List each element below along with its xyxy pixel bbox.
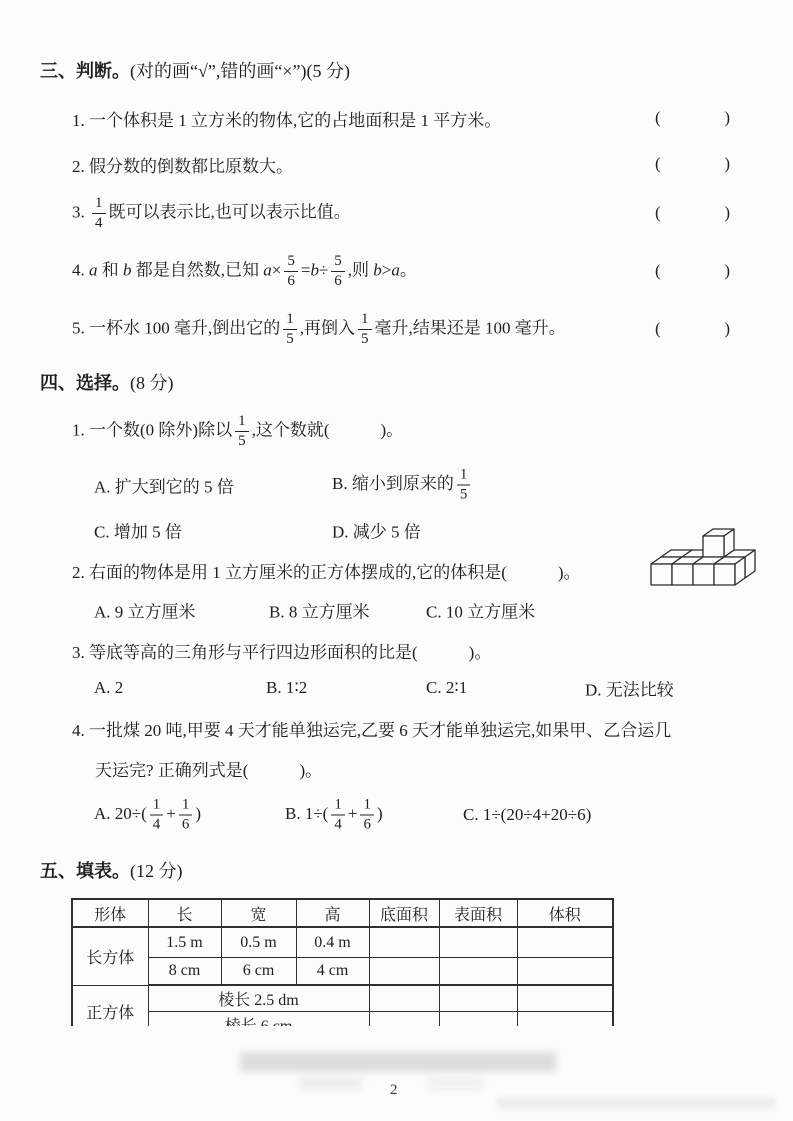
bracket-open: ( — [655, 108, 661, 128]
option-b: B. 1∶2 — [266, 678, 307, 698]
option-text-segment: B. 缩小到原来的 — [332, 474, 454, 493]
choose-question-4-options-row: A. 20÷(14+16) B. 1÷(14+16) C. 1÷(20÷4+20… — [40, 790, 730, 840]
cell-blank — [439, 958, 517, 986]
fraction: 16 — [179, 798, 193, 833]
judge-question-1: 1. 一个体积是 1 立方米的物体,它的占地面积是 1 平方米。 () — [40, 106, 730, 130]
cell-height: 4 cm — [296, 958, 369, 986]
judge-section-title: 三、判断。(对的画“√”,错的画“×”)(5 分) — [40, 58, 730, 84]
variable-b: b — [123, 260, 132, 279]
question-text-segment: 毫升,结果还是 100 毫升。 — [375, 318, 566, 337]
table-header-row: 形体 长 宽 高 底面积 表面积 体积 — [72, 899, 613, 927]
watermark-blur-spot — [300, 1077, 362, 1089]
fraction: 15 — [235, 414, 249, 449]
question-text-segment: ,这个数就( )。 — [252, 420, 404, 439]
cell-width: 6 cm — [221, 958, 296, 986]
fill-section-title-bold: 五、填表。 — [40, 861, 130, 881]
answer-brackets: () — [655, 261, 730, 281]
option-text-segment: A. 20÷( — [94, 804, 147, 823]
option-text-segment: ) — [377, 804, 383, 823]
choose-question-1-options-row-1: A. 扩大到它的 5 倍 B. 缩小到原来的15 — [40, 462, 730, 508]
bracket-close: ) — [724, 203, 730, 223]
question-text-segment: 和 — [98, 260, 124, 279]
cell-blank — [439, 927, 517, 958]
fraction-numerator: 5 — [284, 254, 298, 272]
question-number: 4. — [72, 260, 89, 279]
cell-blank — [517, 927, 613, 958]
header-surface-area: 表面积 — [439, 899, 517, 927]
choose-question-1-options-row-2: C. 增加 5 倍 D. 减少 5 倍 — [40, 518, 730, 542]
question-text: 2. 右面的物体是用 1 立方厘米的正方体摆成的,它的体积是( )。 — [72, 558, 581, 583]
option-c: C. 2∶1 — [426, 678, 467, 698]
cell-edge-length: 棱长 2.5 dm — [148, 985, 369, 1012]
cell-length: 1.5 m — [148, 927, 221, 958]
variable-a: a — [89, 260, 98, 279]
fraction: 14 — [331, 798, 345, 833]
unit-cubes-figure — [645, 526, 757, 598]
cell-blank — [369, 1012, 439, 1027]
fraction-denominator: 5 — [361, 330, 369, 347]
judge-question-3: 3. 14既可以表示比,也可以表示比值。 () — [40, 190, 730, 236]
answer-brackets: () — [655, 319, 730, 339]
choose-section-title-rest: (8 分) — [130, 373, 174, 393]
option-b: B. 缩小到原来的15 — [332, 468, 473, 503]
page-number: 2 — [390, 1082, 398, 1099]
fill-table: 形体 长 宽 高 底面积 表面积 体积 长方体 1.5 m 0.5 m 0.4 … — [71, 898, 614, 1026]
bracket-open: ( — [655, 203, 661, 223]
fraction-numerator: 1 — [235, 414, 249, 432]
question-number: 5. — [72, 318, 89, 337]
judge-question-5: 5. 一杯水 100 毫升,倒出它的15,再倒入15毫升,结果还是 100 毫升… — [40, 306, 730, 352]
question-text-segment: 都是自然数,已知 — [132, 260, 264, 279]
question-text: 3. 等底等高的三角形与平行四边形面积的比是( )。 — [72, 638, 491, 663]
cell-height: 0.4 m — [296, 927, 369, 958]
fraction-numerator: 5 — [331, 254, 345, 272]
question-text-segment: 既可以表示比,也可以表示比值。 — [109, 202, 351, 221]
option-c: C. 1÷(20÷4+20÷6) — [463, 805, 591, 825]
option-d: D. 无法比较 — [585, 676, 674, 701]
greater-than-sign: > — [382, 260, 392, 279]
fraction-denominator: 5 — [460, 486, 468, 503]
header-base-area: 底面积 — [369, 899, 439, 927]
table-row: 棱长 6 cm — [72, 1012, 613, 1027]
judge-section-title-rest: (对的画“√”,错的画“×”)(5 分) — [130, 61, 350, 81]
variable-b: b — [310, 260, 319, 279]
cell-blank — [517, 958, 613, 986]
question-text-segment: ,则 — [348, 260, 374, 279]
cell-blank — [369, 927, 439, 958]
bracket-close: ) — [724, 319, 730, 339]
choose-question-2: 2. 右面的物体是用 1 立方厘米的正方体摆成的,它的体积是( )。 — [40, 558, 730, 582]
fraction-denominator: 4 — [153, 816, 161, 833]
judge-question-4: 4. a 和 b 都是自然数,已知 a×56=b÷56,则 b>a。 () — [40, 248, 730, 294]
judge-question-2: 2. 假分数的倒数都比原数大。 () — [40, 152, 730, 176]
variable-b: b — [373, 260, 382, 279]
judge-section-title-bold: 三、判断。 — [40, 61, 130, 81]
fraction-numerator: 1 — [179, 798, 193, 816]
fraction-numerator: 1 — [331, 798, 345, 816]
header-volume: 体积 — [517, 899, 613, 927]
header-height: 高 — [296, 899, 369, 927]
question-number: 3. — [72, 202, 89, 221]
cell-blank — [517, 985, 613, 1012]
fraction: 15 — [358, 312, 372, 347]
fill-section-title: 五、填表。(12 分) — [40, 858, 730, 884]
option-text-segment: ) — [195, 804, 201, 823]
cell-blank — [517, 1012, 613, 1027]
watermark-blur-bar — [240, 1052, 556, 1072]
fraction: 56 — [331, 254, 345, 289]
fill-table-wrapper: 形体 长 宽 高 底面积 表面积 体积 长方体 1.5 m 0.5 m 0.4 … — [71, 898, 614, 1026]
choose-section-title: 四、选择。(8 分) — [40, 370, 730, 396]
bracket-open: ( — [655, 261, 661, 281]
bracket-open: ( — [655, 154, 661, 174]
option-text-segment: B. 1÷( — [285, 804, 328, 823]
fraction: 14 — [150, 798, 164, 833]
choose-question-1: 1. 一个数(0 除外)除以15,这个数就( )。 — [40, 408, 730, 454]
equals-sign: = — [301, 260, 311, 279]
table-row: 8 cm 6 cm 4 cm — [72, 958, 613, 986]
variable-a: a — [391, 260, 400, 279]
question-text: 2. 假分数的倒数都比原数大。 — [72, 152, 293, 177]
multiply-sign: × — [272, 260, 282, 279]
option-a: A. 20÷(14+16) — [94, 798, 201, 833]
plus-sign: + — [348, 804, 358, 823]
header-width: 宽 — [221, 899, 296, 927]
bracket-open: ( — [655, 319, 661, 339]
fraction-denominator: 5 — [286, 330, 294, 347]
choose-question-4-line-1: 4. 一批煤 20 吨,甲要 4 天才能单独运完,乙要 6 天才能单独运完,如果… — [40, 716, 730, 740]
question-text: 4. a 和 b 都是自然数,已知 a×56=b÷56,则 b>a。 — [72, 254, 417, 289]
watermark-blur-spot — [428, 1077, 482, 1089]
question-text-segment: 一杯水 100 毫升,倒出它的 — [89, 318, 280, 337]
fraction-numerator: 1 — [358, 312, 372, 330]
choose-question-4-line-2: 天运完? 正确列式是( )。 — [40, 756, 730, 780]
fraction-numerator: 1 — [150, 798, 164, 816]
fraction-numerator: 1 — [283, 312, 297, 330]
cell-width: 0.5 m — [221, 927, 296, 958]
answer-brackets: () — [655, 203, 730, 223]
choose-section-title-bold: 四、选择。 — [40, 373, 130, 393]
fraction-denominator: 6 — [287, 272, 295, 289]
cell-blank — [369, 958, 439, 986]
cell-cube-label: 正方体 — [72, 985, 148, 1026]
question-text: 1. 一个数(0 除外)除以15,这个数就( )。 — [72, 414, 403, 449]
option-d: D. 减少 5 倍 — [332, 518, 421, 543]
question-text: 1. 一个体积是 1 立方米的物体,它的占地面积是 1 平方米。 — [72, 106, 501, 131]
option-b: B. 8 立方厘米 — [269, 598, 370, 623]
cell-blank — [439, 985, 517, 1012]
question-text: 3. 14既可以表示比,也可以表示比值。 — [72, 196, 351, 231]
fraction-denominator: 4 — [95, 214, 103, 231]
question-text: 4. 一批煤 20 吨,甲要 4 天才能单独运完,乙要 6 天才能单独运完,如果… — [72, 716, 671, 741]
fill-section-title-rest: (12 分) — [130, 861, 183, 881]
bracket-close: ) — [724, 154, 730, 174]
choose-question-2-options-row: A. 9 立方厘米 B. 8 立方厘米 C. 10 立方厘米 — [40, 598, 730, 622]
fraction-denominator: 6 — [363, 816, 371, 833]
divide-sign: ÷ — [319, 260, 328, 279]
cell-cuboid-label: 长方体 — [72, 927, 148, 985]
table-row: 正方体 棱长 2.5 dm — [72, 985, 613, 1012]
answer-brackets: () — [655, 108, 730, 128]
option-c: C. 10 立方厘米 — [426, 598, 535, 623]
worksheet-page: 三、判断。(对的画“√”,错的画“×”)(5 分) 1. 一个体积是 1 立方米… — [0, 0, 793, 1121]
bracket-close: ) — [724, 108, 730, 128]
fraction-numerator: 1 — [360, 798, 374, 816]
cell-blank — [369, 985, 439, 1012]
answer-brackets: () — [655, 154, 730, 174]
option-b: B. 1÷(14+16) — [285, 798, 383, 833]
fraction-denominator: 6 — [182, 816, 190, 833]
fraction-denominator: 4 — [334, 816, 342, 833]
fraction: 15 — [457, 468, 471, 503]
cell-length: 8 cm — [148, 958, 221, 986]
question-text: 5. 一杯水 100 毫升,倒出它的15,再倒入15毫升,结果还是 100 毫升… — [72, 312, 566, 347]
question-text-segment: 1. 一个数(0 除外)除以 — [72, 420, 232, 439]
watermark-blur-bar-faint — [497, 1097, 775, 1109]
option-a: A. 2 — [94, 678, 123, 698]
choose-question-3: 3. 等底等高的三角形与平行四边形面积的比是( )。 — [40, 638, 730, 662]
option-a: A. 扩大到它的 5 倍 — [94, 473, 234, 498]
option-a: A. 9 立方厘米 — [94, 598, 196, 623]
option-c: C. 增加 5 倍 — [94, 518, 182, 543]
bracket-close: ) — [724, 261, 730, 281]
fraction: 14 — [92, 196, 106, 231]
fraction-numerator: 1 — [457, 468, 471, 486]
fraction-denominator: 6 — [334, 272, 342, 289]
fraction-denominator: 5 — [238, 432, 246, 449]
choose-question-3-options-row: A. 2 B. 1∶2 C. 2∶1 D. 无法比较 — [40, 676, 730, 700]
header-length: 长 — [148, 899, 221, 927]
cell-edge-length: 棱长 6 cm — [148, 1012, 369, 1027]
question-text-segment: ,再倒入 — [300, 318, 355, 337]
table-row: 长方体 1.5 m 0.5 m 0.4 m — [72, 927, 613, 958]
question-text: 天运完? 正确列式是( )。 — [95, 756, 322, 781]
fraction-numerator: 1 — [92, 196, 106, 214]
header-shape: 形体 — [72, 899, 148, 927]
cell-blank — [439, 1012, 517, 1027]
fraction: 56 — [284, 254, 298, 289]
fraction: 15 — [283, 312, 297, 347]
question-text-segment: 。 — [400, 260, 417, 279]
fraction: 16 — [360, 798, 374, 833]
plus-sign: + — [166, 804, 176, 823]
variable-a: a — [263, 260, 272, 279]
